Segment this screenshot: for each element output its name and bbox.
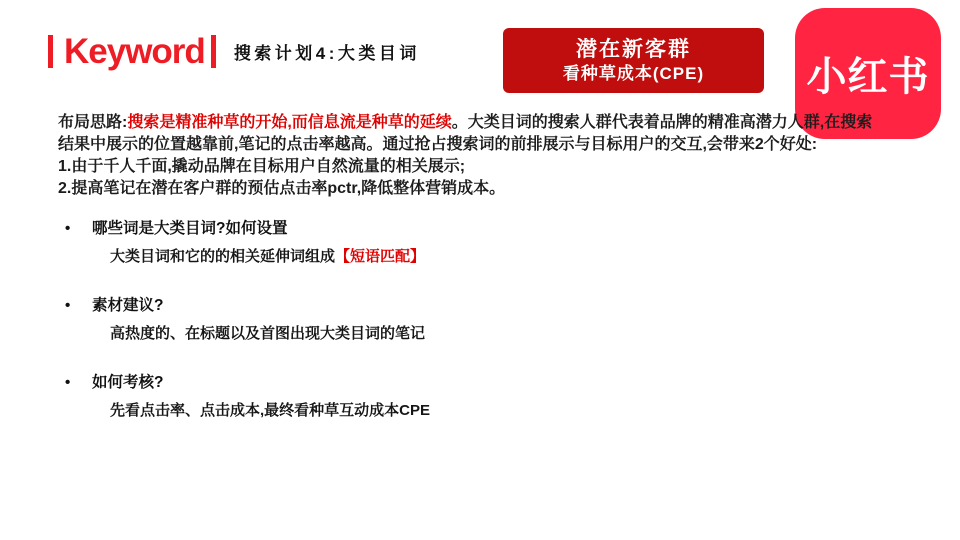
page-title: 搜索计划4:大类目词 bbox=[234, 39, 420, 64]
keyword-logo-left-bar bbox=[48, 35, 53, 68]
bullet-block: •如何考核?先看点击率、点击成本,最终看种草互动成本CPE bbox=[65, 373, 885, 421]
bullet-marker: • bbox=[65, 373, 92, 393]
text-segment: 。大类目词的搜索人群代表着品牌的精准高潜力人群,在搜索 bbox=[452, 114, 872, 131]
text-segment: 1.由于千人千面,撬动品牌在目标用户自然流量的相关展示; bbox=[58, 158, 465, 175]
highlighted-text: 搜索是精准种草的开始,而信息流是种草的延续 bbox=[127, 114, 451, 131]
intro-line: 布局思路:搜索是精准种草的开始,而信息流是种草的延续。大类目词的搜索人群代表着品… bbox=[58, 112, 938, 134]
bullet-title: 哪些词是大类目词?如何设置 bbox=[92, 219, 287, 239]
highlighted-text: 【短语匹配】 bbox=[335, 248, 425, 265]
bullet-title: 素材建议? bbox=[92, 296, 163, 316]
text-segment: 高热度的、在标题以及首图出现大类目词的笔记 bbox=[110, 325, 425, 342]
text-segment: 2.提高笔记在潜在客户群的预估点击率pctr,降低整体营销成本。 bbox=[58, 180, 505, 197]
xiaohongshu-logo-label: 小红书 bbox=[807, 45, 930, 102]
bullet-title-row: •哪些词是大类目词?如何设置 bbox=[65, 219, 885, 239]
slide: Keyword 搜索计划4:大类目词 潜在新客群 看种草成本(CPE) 小红书 … bbox=[0, 0, 960, 540]
bullet-detail: 高热度的、在标题以及首图出现大类目词的笔记 bbox=[65, 323, 885, 344]
intro-line: 结果中展示的位置越靠前,笔记的点击率越高。通过抢占搜索词的前排展示与目标用户的交… bbox=[58, 134, 938, 156]
intro-line: 2.提高笔记在潜在客户群的预估点击率pctr,降低整体营销成本。 bbox=[58, 178, 938, 200]
header: Keyword 搜索计划4:大类目词 bbox=[48, 30, 420, 72]
text-segment: 结果中展示的位置越靠前,笔记的点击率越高。通过抢占搜索词的前排展示与目标用户的交… bbox=[58, 136, 817, 153]
bullet-title-row: •如何考核? bbox=[65, 373, 885, 393]
bullet-block: •哪些词是大类目词?如何设置大类目词和它的的相关延伸词组成【短语匹配】 bbox=[65, 219, 885, 267]
bullet-detail: 大类目词和它的的相关延伸词组成【短语匹配】 bbox=[65, 246, 885, 267]
audience-badge: 潜在新客群 看种草成本(CPE) bbox=[503, 28, 764, 93]
bullet-marker: • bbox=[65, 219, 92, 239]
bullet-list: •哪些词是大类目词?如何设置大类目词和它的的相关延伸词组成【短语匹配】•素材建议… bbox=[65, 219, 885, 450]
text-segment: 布局思路: bbox=[58, 114, 127, 131]
text-segment: 先看点击率、点击成本,最终看种草互动成本CPE bbox=[110, 402, 430, 419]
audience-badge-line2: 看种草成本(CPE) bbox=[563, 63, 704, 85]
bullet-marker: • bbox=[65, 296, 92, 316]
keyword-logo-text: Keyword bbox=[64, 34, 205, 69]
bullet-title: 如何考核? bbox=[92, 373, 163, 393]
bullet-block: •素材建议?高热度的、在标题以及首图出现大类目词的笔记 bbox=[65, 296, 885, 344]
text-segment: 大类目词和它的的相关延伸词组成 bbox=[110, 248, 335, 265]
audience-badge-line1: 潜在新客群 bbox=[576, 37, 691, 63]
keyword-logo-right-bar bbox=[211, 35, 216, 68]
intro-line: 1.由于千人千面,撬动品牌在目标用户自然流量的相关展示; bbox=[58, 156, 938, 178]
bullet-detail: 先看点击率、点击成本,最终看种草互动成本CPE bbox=[65, 400, 885, 421]
intro-paragraph: 布局思路:搜索是精准种草的开始,而信息流是种草的延续。大类目词的搜索人群代表着品… bbox=[58, 112, 938, 200]
bullet-title-row: •素材建议? bbox=[65, 296, 885, 316]
